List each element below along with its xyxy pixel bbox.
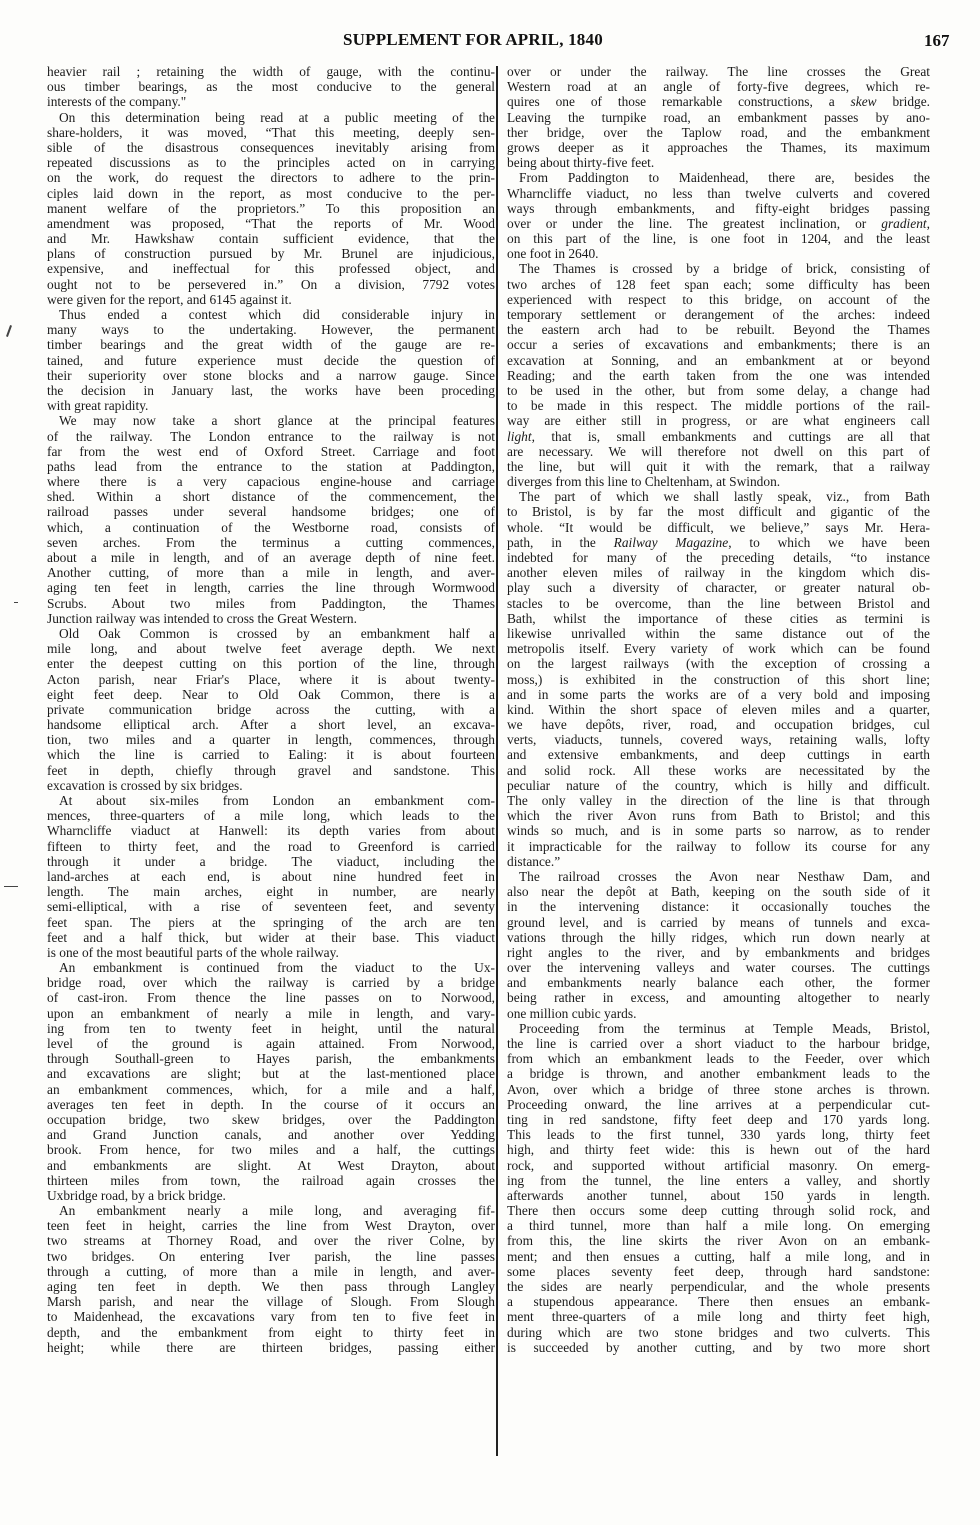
text-line: repeated discussions as to the principle…: [47, 155, 495, 170]
line-text: paths lead from the entrance to the stat…: [47, 459, 495, 474]
text-line: ing from ten to twenty feet in height, u…: [47, 1021, 495, 1036]
text-line: ther bridge, over the Taplow road, and t…: [507, 125, 930, 140]
text-line: length. The main arches, eight in number…: [47, 884, 495, 899]
text-line: peculiar nature of the country, which is…: [507, 778, 930, 793]
line-text: distance.”: [507, 854, 560, 869]
line-text: over the intervening valleys and water c…: [507, 960, 930, 975]
left-column: heavier rail ; retaining the width of ga…: [47, 64, 495, 1355]
line-text: and embankments nearly balance each othe…: [507, 975, 930, 990]
line-text: At about six-miles from London an embank…: [59, 793, 495, 808]
line-text: , to which we have been: [728, 535, 930, 550]
text-line: aging ten feet in depth. We then pass th…: [47, 1279, 495, 1294]
line-text: through it under a bridge. The viaduct, …: [47, 854, 495, 869]
text-line: with great rapidity.: [47, 398, 495, 413]
line-text: temporary settlement or derangement of t…: [507, 307, 930, 322]
line-text: experienced with respect to this bridge,…: [507, 292, 930, 307]
text-line: through Southall-green to Hayes parish, …: [47, 1051, 495, 1066]
text-line: verts, viaducts, tunnels, covered ways, …: [507, 732, 930, 747]
paragraph-first-line: The railroad crosses the Avon near Nesth…: [507, 869, 930, 884]
text-line: private communication bridge across the …: [47, 702, 495, 717]
text-line: which the river Avon runs from Bath to B…: [507, 808, 930, 823]
text-line: and embankments are slight. At West Dray…: [47, 1158, 495, 1173]
text-line: in the intervening distance: it occasion…: [507, 899, 930, 914]
text-line: ought not to be persevered in.” On a div…: [47, 277, 495, 292]
text-line: temporary settlement or derangement of t…: [507, 307, 930, 322]
line-text: bridge road, over which the railway is c…: [47, 975, 495, 990]
text-line: height; while there are thirteen bridges…: [47, 1340, 495, 1355]
line-text: through a cutting, of more than a mile i…: [47, 1264, 495, 1279]
text-line: and solid rock. All these works are nece…: [507, 763, 930, 778]
paragraph-first-line: Thus ended a contest which did considera…: [47, 307, 495, 322]
line-text: another eleven miles of railway in the k…: [507, 565, 930, 580]
text-line: over or under the line. The greatest inc…: [507, 216, 930, 231]
line-text: verts, viaducts, tunnels, covered ways, …: [507, 732, 930, 747]
text-line: to Bristol, is by far the most difficult…: [507, 504, 930, 519]
text-line: way are either still in progress, or are…: [507, 413, 930, 428]
text-line: Wharncliffe viaduct at Hanwell: its dept…: [47, 823, 495, 838]
line-text: a bridge is thrown, and another embankme…: [507, 1066, 930, 1081]
line-text: feet and a half thick, but wider at thei…: [47, 930, 495, 945]
text-line: fifteen to thirty feet, and the road to …: [47, 839, 495, 854]
line-text: heavier rail ; retaining the width of ga…: [47, 64, 495, 79]
text-line: being about thirty-five feet.: [507, 155, 930, 170]
text-line: aging ten feet in length, carries the li…: [47, 580, 495, 595]
line-text: ought not to be persevered in.” On a div…: [47, 277, 495, 292]
text-line: the line is carried over a short viaduct…: [507, 1036, 930, 1051]
text-line: and Mr. Hawkshaw contain sufficient evid…: [47, 231, 495, 246]
line-text: The part of which we shall lastly speak,…: [519, 489, 930, 504]
line-text: Western road at an angle of forty-five d…: [507, 79, 930, 94]
line-text: right angles to the river, and by embank…: [507, 945, 930, 960]
text-line: winds so much, and is in some parts so n…: [507, 823, 930, 838]
text-line: sible of the disastrous consequences ine…: [47, 140, 495, 155]
text-line: Leaving the turnpike road, an embankment…: [507, 110, 930, 125]
text-line: on the work, do request the directors to…: [47, 170, 495, 185]
line-text: On this determination being read at a pu…: [59, 110, 495, 125]
paragraph-first-line: On this determination being read at a pu…: [47, 110, 495, 125]
line-text: ciples laid down in the report, as most …: [47, 186, 495, 201]
text-line: Wharncliffe viaduct, no less than twelve…: [507, 186, 930, 201]
paragraph-first-line: An embankment is continued from the viad…: [47, 960, 495, 975]
text-line: the sides are nearly perpendicular, and …: [507, 1279, 930, 1294]
text-line: on this part of the line, is one foot in…: [507, 231, 930, 246]
line-text: private communication bridge across the …: [47, 702, 495, 717]
text-line: and extensive embankments, and deep cutt…: [507, 747, 930, 762]
text-line: eight feet deep. Near to Old Oak Common,…: [47, 687, 495, 702]
line-text: Junction railway was intended to cross t…: [47, 611, 357, 626]
line-text: metropolis itself. Every variety of work…: [507, 641, 930, 656]
text-line: one foot in 2640.: [507, 246, 930, 261]
line-text: their superiority over stone blocks and …: [47, 368, 495, 383]
text-line: another eleven miles of railway in the k…: [507, 565, 930, 580]
line-text: eight feet deep. Near to Old Oak Common,…: [47, 687, 495, 702]
text-line: over or under the railway. The line cros…: [507, 64, 930, 79]
line-text: moss,) is exhibited in the construction …: [507, 672, 930, 687]
text-line: interests of the company.": [47, 94, 495, 109]
text-line: kind. Within the short space of eleven m…: [507, 702, 930, 717]
text-line: many ways to the undertaking. However, t…: [47, 322, 495, 337]
text-line: This leads to the first tunnel, 330 yard…: [507, 1127, 930, 1142]
line-text: grows deeper as it approaches the Thames…: [507, 140, 930, 155]
text-line: two arches of 128 feet span each; some d…: [507, 277, 930, 292]
text-line: is one of the most beautiful parts of th…: [47, 945, 495, 960]
text-line: timber bearings and the great width of t…: [47, 337, 495, 352]
text-line: manent welfare of the proprietors.” To t…: [47, 201, 495, 216]
text-line: enter the deepest cutting on this portio…: [47, 656, 495, 671]
text-line: were given for the report, and 6145 agai…: [47, 292, 495, 307]
line-text: The only valley in the direction of the …: [507, 793, 930, 808]
line-text: Leaving the turnpike road, an embankment…: [507, 110, 930, 125]
margin-mark: [6, 325, 12, 337]
text-line: depth, and the embankment from eight to …: [47, 1325, 495, 1340]
text-line: The only valley in the direction of the …: [507, 793, 930, 808]
line-text: level of the ground is again attained. F…: [47, 1036, 495, 1051]
line-text: it impracticable for the railway to foll…: [507, 839, 930, 854]
text-line: occupation bridge, two skew bridges, ove…: [47, 1112, 495, 1127]
line-text: Old Oak Common is crossed by an embankme…: [59, 626, 495, 641]
text-line: an embankment commences, which, for a mi…: [47, 1082, 495, 1097]
line-text: stacles to be overcome, than the line be…: [507, 596, 930, 611]
line-text: play such a diversity of character, or g…: [507, 580, 930, 595]
line-text: peculiar nature of the country, which is…: [507, 778, 930, 793]
text-line: indebted for many of the preceding detai…: [507, 550, 930, 565]
line-text: depth, and the embankment from eight to …: [47, 1325, 495, 1340]
text-line: are necessary. We will therefore not dwe…: [507, 444, 930, 459]
line-text: ways through embankments, and fifty-eigh…: [507, 201, 930, 216]
text-line: averages ten feet in depth. In the cours…: [47, 1097, 495, 1112]
text-line: high, and thirty feet wide: this is hewn…: [507, 1142, 930, 1157]
text-line: from which an embankment leads to the Fe…: [507, 1051, 930, 1066]
line-text: on the work, do request the directors to…: [47, 170, 495, 185]
text-line: whole. “It would be difficult, we believ…: [507, 520, 930, 535]
text-line: feet and a half thick, but wider at thei…: [47, 930, 495, 945]
line-text: interests of the company.": [47, 94, 186, 109]
line-text: from which an embankment leads to the Fe…: [507, 1051, 930, 1066]
line-text: expensive, and ineffectual for this prof…: [47, 261, 495, 276]
line-text: of the railway. The London entrance to t…: [47, 429, 495, 444]
line-text: through Southall-green to Hayes parish, …: [47, 1051, 495, 1066]
line-text: ing from ten to twenty feet in height, u…: [47, 1021, 495, 1036]
line-text: two bridges. On entering Iver parish, th…: [47, 1249, 495, 1264]
text-line: the line, but will quit it with the rema…: [507, 459, 930, 474]
text-line: is succeeded by another cutting, and by …: [507, 1340, 930, 1355]
line-text: sible of the disastrous consequences ine…: [47, 140, 495, 155]
text-line: on the largest railways (with the except…: [507, 656, 930, 671]
line-text: Scrubs. About two miles from Paddington,…: [47, 596, 495, 611]
line-text: upon an embankment of nearly a mile in l…: [47, 1006, 495, 1021]
line-text: some places seventy feet deep, through h…: [507, 1264, 930, 1279]
text-line: tained, and future experience must decid…: [47, 353, 495, 368]
text-line: we have depôts, river, road, and occupat…: [507, 717, 930, 732]
text-line: far from the west end of Oxford Street. …: [47, 444, 495, 459]
text-line: over the intervening valleys and water c…: [507, 960, 930, 975]
text-line: handsome elliptical arch. After a short …: [47, 717, 495, 732]
text-line: land-arches at each end, is about nine h…: [47, 869, 495, 884]
text-line: path, in the Railway Magazine, to which …: [507, 535, 930, 550]
text-line: and embankments nearly balance each othe…: [507, 975, 930, 990]
text-line: from this, the line skirts the river Avo…: [507, 1233, 930, 1248]
line-text: thirteen miles from town, the railroad a…: [47, 1173, 495, 1188]
text-line: where there is a very capacious engine-h…: [47, 474, 495, 489]
text-line: metropolis itself. Every variety of work…: [507, 641, 930, 656]
text-line: feet in depth, chiefly through gravel an…: [47, 763, 495, 778]
text-line: to Maidenhead, the excavations vary from…: [47, 1309, 495, 1324]
text-line: grows deeper as it approaches the Thames…: [507, 140, 930, 155]
text-line: Avon, over which a bridge of three stone…: [507, 1082, 930, 1097]
line-text: mile long, and about twelve feet average…: [47, 641, 495, 656]
paragraph-first-line: The part of which we shall lastly speak,…: [507, 489, 930, 504]
line-text: There then occurs some deep cutting thro…: [507, 1203, 930, 1218]
line-text: An embankment is continued from the viad…: [59, 960, 495, 975]
text-line: Reading; and the earth taken from the on…: [507, 368, 930, 383]
line-text: Another cutting, of more than a mile in …: [47, 565, 495, 580]
line-text: which the river Avon runs from Bath to B…: [507, 808, 930, 823]
line-text: occupation bridge, two skew bridges, ove…: [47, 1112, 495, 1127]
line-text: a stupendous appearance. There then ensu…: [507, 1294, 930, 1309]
text-line: seven arches. From the terminus a cuttin…: [47, 535, 495, 550]
line-text: about a mile in length, and of an averag…: [47, 550, 495, 565]
line-text: which, a continuation of the Westborne r…: [47, 520, 495, 535]
text-line: which, a continuation of the Westborne r…: [47, 520, 495, 535]
line-text: We may now take a short glance at the pr…: [59, 413, 495, 428]
line-text: Acton parish, near Friar's Place, where …: [47, 672, 495, 687]
line-text: The railroad crosses the Avon near Nesth…: [519, 869, 930, 884]
line-text: mences, three-quarters of a mile long, w…: [47, 808, 495, 823]
line-text: averages ten feet in depth. In the cours…: [47, 1097, 495, 1112]
line-text: Marsh parish, and near the village of Sl…: [47, 1294, 495, 1309]
line-text: An embankment nearly a mile long, and av…: [59, 1203, 495, 1218]
text-line: ous timber bearings, as the most conduci…: [47, 79, 495, 94]
text-line: their superiority over stone blocks and …: [47, 368, 495, 383]
line-text: an embankment commences, which, for a mi…: [47, 1082, 495, 1097]
text-line: quires one of those remarkable construct…: [507, 94, 930, 109]
line-text: and Grand Junction canals, and another o…: [47, 1127, 495, 1142]
line-text: feet span. The piers at the springing of…: [47, 915, 495, 930]
line-text: during which are two stone bridges and t…: [507, 1325, 930, 1340]
line-text: two streams at Thorney Road, and over th…: [47, 1233, 495, 1248]
line-text: This leads to the first tunnel, 330 yard…: [507, 1127, 930, 1142]
line-text: winds so much, and is in some parts so n…: [507, 823, 930, 838]
text-line: play such a diversity of character, or g…: [507, 580, 930, 595]
line-text: many ways to the undertaking. However, t…: [47, 322, 495, 337]
line-text: teen feet in height, carries the line fr…: [47, 1218, 495, 1233]
line-text: high, and thirty feet wide: this is hewn…: [507, 1142, 930, 1157]
line-text: amendment was proposed, “That the report…: [47, 216, 495, 231]
text-line: vations through the hilly ridges, which …: [507, 930, 930, 945]
text-line: excavation is crossed by six bridges.: [47, 778, 495, 793]
paragraph-first-line: At about six-miles from London an embank…: [47, 793, 495, 808]
line-text: the sides are nearly perpendicular, and …: [507, 1279, 930, 1294]
text-line: There then occurs some deep cutting thro…: [507, 1203, 930, 1218]
text-line: level of the ground is again attained. F…: [47, 1036, 495, 1051]
line-text: ing from the tunnel, the line enters a v…: [507, 1173, 930, 1188]
text-line: right angles to the river, and by embank…: [507, 945, 930, 960]
line-text: brook. From hence, for two miles and a h…: [47, 1142, 495, 1157]
line-text: in the intervening distance: it occasion…: [507, 899, 930, 914]
line-text: over or under the railway. The line cros…: [507, 64, 930, 79]
line-text: the line is carried over a short viaduct…: [507, 1036, 930, 1051]
text-line: shed. Within a short distance of the com…: [47, 489, 495, 504]
text-line: it impracticable for the railway to foll…: [507, 839, 930, 854]
paragraph-first-line: We may now take a short glance at the pr…: [47, 413, 495, 428]
line-text: the decision in January last, the works …: [47, 383, 495, 398]
text-line: expensive, and ineffectual for this prof…: [47, 261, 495, 276]
line-text: to Bristol, is by far the most difficult…: [507, 504, 930, 519]
text-line: Junction railway was intended to cross t…: [47, 611, 495, 626]
text-line: railroad passes under several handsome b…: [47, 504, 495, 519]
line-text: repeated discussions as to the principle…: [47, 155, 495, 170]
line-text: indebted for many of the preceding detai…: [507, 550, 930, 565]
text-line: Bath, whilst the importance of these cit…: [507, 611, 930, 626]
line-text: the eastern arch had to be rebuilt. Beyo…: [507, 322, 930, 337]
line-text: is succeeded by another cutting, and by …: [507, 1340, 930, 1355]
text-line: excavation at Sonning, and an embankment…: [507, 353, 930, 368]
line-text: and extensive embankments, and deep cutt…: [507, 747, 930, 762]
line-text: and solid rock. All these works are nece…: [507, 763, 930, 778]
line-text: railroad passes under several handsome b…: [47, 504, 495, 519]
line-text: path, in the: [507, 535, 614, 550]
header-title: SUPPLEMENT FOR APRIL, 1840: [343, 30, 603, 50]
line-text: way are either still in progress, or are…: [507, 413, 930, 428]
line-text: From Paddington to Maidenhead, there are…: [519, 170, 930, 185]
text-line: Scrubs. About two miles from Paddington,…: [47, 596, 495, 611]
text-line: diverges from this line to Cheltenham, a…: [507, 474, 930, 489]
line-text: whole. “It would be difficult, we believ…: [507, 520, 930, 535]
line-text: on this part of the line, is one foot in…: [507, 231, 930, 246]
text-line: Acton parish, near Friar's Place, where …: [47, 672, 495, 687]
italic-text: light: [507, 429, 532, 444]
line-text: being rather in excess, and amounting al…: [507, 990, 930, 1005]
line-text: ting in red sandstone, fifty feet deep a…: [507, 1112, 930, 1127]
text-line: semi-elliptical, with a rise of seventee…: [47, 899, 495, 914]
text-line: about a mile in length, and of an averag…: [47, 550, 495, 565]
line-text: are necessary. We will therefore not dwe…: [507, 444, 930, 459]
line-text: to Maidenhead, the excavations vary from…: [47, 1309, 495, 1324]
line-text: excavation at Sonning, and an embankment…: [507, 353, 930, 368]
text-line: to be made in this respect. The middle p…: [507, 398, 930, 413]
text-line: teen feet in height, carries the line fr…: [47, 1218, 495, 1233]
text-line: feet span. The piers at the springing of…: [47, 915, 495, 930]
line-text: from this, the line skirts the river Avo…: [507, 1233, 930, 1248]
line-text: likewise unrivalled within the same dist…: [507, 626, 930, 641]
text-line: ways through embankments, and fifty-eigh…: [507, 201, 930, 216]
line-text: we have depôts, river, road, and occupat…: [507, 717, 930, 732]
line-text: bridge.: [877, 94, 930, 109]
line-text: where there is a very capacious engine-h…: [47, 474, 495, 489]
text-line: a stupendous appearance. There then ensu…: [507, 1294, 930, 1309]
line-text: The Thames is crossed by a bridge of bri…: [519, 261, 930, 276]
italic-text: Railway Magazine: [614, 535, 729, 550]
text-line: through it under a bridge. The viaduct, …: [47, 854, 495, 869]
line-text: shed. Within a short distance of the com…: [47, 489, 495, 504]
text-line: of cast-iron. From thence the line passe…: [47, 990, 495, 1005]
text-line: upon an embankment of nearly a mile in l…: [47, 1006, 495, 1021]
margin-mark: [14, 602, 18, 603]
line-text: occur a series of excavations and embank…: [507, 337, 930, 352]
text-line: mile long, and about twelve feet average…: [47, 641, 495, 656]
right-column: over or under the railway. The line cros…: [507, 64, 930, 1355]
line-text: a third tunnel, more than half a mile lo…: [507, 1218, 930, 1233]
line-text: ment three-quarters of a mile long and t…: [507, 1309, 930, 1324]
line-text: one million cubic yards.: [507, 1006, 636, 1021]
text-line: bridge road, over which the railway is c…: [47, 975, 495, 990]
text-line: being rather in excess, and amounting al…: [507, 990, 930, 1005]
line-text: were given for the report, and 6145 agai…: [47, 292, 292, 307]
text-line: Western road at an angle of forty-five d…: [507, 79, 930, 94]
text-line: and in some parts the works are of a ver…: [507, 687, 930, 702]
text-line: some places seventy feet deep, through h…: [507, 1264, 930, 1279]
paragraph-first-line: From Paddington to Maidenhead, there are…: [507, 170, 930, 185]
line-text: the line, but will quit it with the rema…: [507, 459, 930, 474]
line-text: Bath, whilst the importance of these cit…: [507, 611, 930, 626]
line-text: Thus ended a contest which did considera…: [59, 307, 495, 322]
line-text: ther bridge, over the Taplow road, and t…: [507, 125, 930, 140]
text-line: occur a series of excavations and embank…: [507, 337, 930, 352]
text-line: which the line is carried to Ealing: it …: [47, 747, 495, 762]
line-text: being about thirty-five feet.: [507, 155, 654, 170]
line-text: Proceeding from the terminus at Temple M…: [519, 1021, 930, 1036]
line-text: ment; and then ensues a cutting, half a …: [507, 1249, 930, 1264]
text-line: the decision in January last, the works …: [47, 383, 495, 398]
text-line: and Grand Junction canals, and another o…: [47, 1127, 495, 1142]
line-text: fifteen to thirty feet, and the road to …: [47, 839, 495, 854]
line-text: length. The main arches, eight in number…: [47, 884, 495, 899]
line-text: ground level, and is carried by means of…: [507, 915, 930, 930]
text-line: ting in red sandstone, fifty feet deep a…: [507, 1112, 930, 1127]
text-line: to be used in the other, but from some d…: [507, 383, 930, 398]
text-line: ing from the tunnel, the line enters a v…: [507, 1173, 930, 1188]
line-text: Reading; and the earth taken from the on…: [507, 368, 930, 383]
page-number: 167: [924, 31, 950, 51]
line-text: which the line is carried to Ealing: it …: [47, 747, 495, 762]
line-text: with great rapidity.: [47, 398, 148, 413]
line-text: ,: [927, 216, 930, 231]
text-line: two streams at Thorney Road, and over th…: [47, 1233, 495, 1248]
text-line: light, that is, small embankments and cu…: [507, 429, 930, 444]
text-line: also near the depôt at Bath, keeping on …: [507, 884, 930, 899]
text-line: ment three-quarters of a mile long and t…: [507, 1309, 930, 1324]
line-text: tained, and future experience must decid…: [47, 353, 495, 368]
text-line: distance.”: [507, 854, 930, 869]
line-text: one foot in 2640.: [507, 246, 599, 261]
text-line: tion, two miles and a quarter in length,…: [47, 732, 495, 747]
line-text: and in some parts the works are of a ver…: [507, 687, 930, 702]
line-text: and Mr. Hawkshaw contain sufficient evid…: [47, 231, 495, 246]
line-text: tion, two miles and a quarter in length,…: [47, 732, 495, 747]
text-line: the eastern arch had to be rebuilt. Beyo…: [507, 322, 930, 337]
paragraph-first-line: Proceeding from the terminus at Temple M…: [507, 1021, 930, 1036]
text-line: amendment was proposed, “That the report…: [47, 216, 495, 231]
text-line: Another cutting, of more than a mile in …: [47, 565, 495, 580]
line-text: Proceeding onward, the line arrives at a…: [507, 1097, 930, 1112]
text-line: Uxbridge road, by a brick bridge.: [47, 1188, 495, 1203]
line-text: handsome elliptical arch. After a short …: [47, 717, 495, 732]
text-line: rock, and supported without artificial m…: [507, 1158, 930, 1173]
text-line: two bridges. On entering Iver parish, th…: [47, 1249, 495, 1264]
line-text: share-holders, it was moved, “That this …: [47, 125, 495, 140]
line-text: plans of construction pursued by Mr. Bru…: [47, 246, 495, 261]
line-text: over or under the line. The greatest inc…: [507, 216, 881, 231]
line-text: rock, and supported without artificial m…: [507, 1158, 930, 1173]
line-text: enter the deepest cutting on this portio…: [47, 656, 495, 671]
text-line: ciples laid down in the report, as most …: [47, 186, 495, 201]
text-line: and excavations are slight; but at the l…: [47, 1066, 495, 1081]
line-text: far from the west end of Oxford Street. …: [47, 444, 495, 459]
line-text: kind. Within the short space of eleven m…: [507, 702, 930, 717]
line-text: height; while there are thirteen bridges…: [47, 1340, 495, 1355]
line-text: land-arches at each end, is about nine h…: [47, 869, 495, 884]
text-line: afterwards another tunnel, about 150 yar…: [507, 1188, 930, 1203]
